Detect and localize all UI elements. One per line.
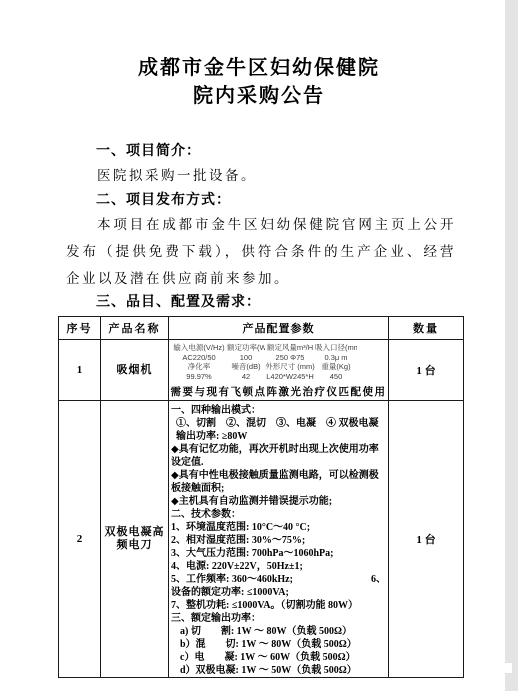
grid-cell: L420*W245*H [265,372,315,382]
section2-heading: 二、项目发布方式： [96,191,518,211]
page-title: 成都市金牛区妇幼保健院 院内采购公告 [0,0,518,110]
title-line-1: 成都市金牛区妇幼保健院 [0,54,518,82]
spec-line: ◆具有中性电极接触质量监测电路，可以检测极板接触面积; [171,469,386,495]
grid-cell: 噪音(dB) [227,362,265,372]
row2-no: 2 [59,401,101,678]
row1-product-name: 吸烟机 [101,340,169,401]
header-spec: 产品配置参数 [169,317,389,340]
table-row-2: 2 双极电凝高频电刀 一、四种输出模式： ①、切割 ②、混切 ③、电凝 ④ 双极… [59,401,464,678]
row1-quantity: 1 台 [389,340,464,401]
grid-cell: 250 Φ75 [265,353,315,363]
grid-cell: 42 [227,372,265,382]
header-qty: 数量 [389,317,464,340]
row2-quantity: 1 台 [389,401,464,678]
spec-line: 5、工作频率: 360～460kHz; 6、 [171,573,386,586]
spec-line: b）混 切: 1W ～ 80W（负载 500Ω） [171,638,386,651]
grid-cell: 0.3μ m [315,353,357,363]
section1-body: 医院拟采购一批设备。 [66,162,456,189]
section1-heading: 一、项目简介： [96,142,518,162]
spec-line: 2、相对湿度范围: 30%～75%; [171,534,386,547]
table-header-row: 序号 产品名称 产品配置参数 数量 [59,317,464,340]
spec-line: 设备的额定功率: ≤1000VA; [171,586,386,599]
spec-line: 输出功率: ≥80W [171,430,386,443]
grid-cell: 外形尺寸 (mm) [265,362,315,372]
table-row-1: 1 吸烟机 输入电源(V/Hz) 额定功率(W) 额定风量m³/H 吸入口径(m… [59,340,464,401]
section3-heading: 三、品目、配置及需求： [96,294,518,312]
spec-line: d）双极电凝: 1W ～ 50W（负载 500Ω） [171,664,386,677]
grid-cell: 输入电源(V/Hz) [171,343,227,353]
spec-line: 三、额定输出功率： [171,612,386,625]
header-no: 序号 [59,317,101,340]
spec-line: 一、四种输出模式： [171,404,386,417]
header-name: 产品名称 [101,317,169,340]
row1-note: 需要与现有飞顿点阵激光治疗仪匹配使用 [169,385,388,400]
spec-line: a) 切 割: 1W ～ 80W（负载 500Ω） [171,625,386,638]
spec-line-left: 5、工作频率: 360～460kHz; [171,573,293,586]
grid-cell: AC220/50 [171,353,227,363]
row1-spec-cell: 输入电源(V/Hz) 额定功率(W) 额定风量m³/H 吸入口径(mm) AC2… [169,340,389,401]
grid-cell: 100 [227,353,265,363]
row2-spec-cell: 一、四种输出模式： ①、切割 ②、混切 ③、电凝 ④ 双极电凝 输出功率: ≥8… [169,401,389,678]
spec-line-right: 6、 [371,573,386,586]
spec-line: ◆具有记忆功能，再次开机时出现上次使用功率设定值. [171,443,386,469]
document-page: 成都市金牛区妇幼保健院 院内采购公告 一、项目简介： 医院拟采购一批设备。 二、… [0,0,518,691]
spec-line: 4、电源: 220V±22V，50Hz±1; [171,560,386,573]
spec-line: 1、环境温度范围: 10°C～40 °C; [171,521,386,534]
spec-line: 二、技术参数： [171,508,386,521]
row2-spec-lines: 一、四种输出模式： ①、切割 ②、混切 ③、电凝 ④ 双极电凝 输出功率: ≥8… [169,402,388,677]
row2-product-name: 双极电凝高频电刀 [101,401,169,678]
grid-cell: 额定风量m³/H [265,343,315,353]
grid-cell: 450 [315,372,357,382]
grid-cell: 吸入口径(mm) [315,343,357,353]
section2-body: 本项目在成都市金牛区妇幼保健院官网主页上公开发布（提供免费下载），供符合条件的生… [66,211,456,292]
grid-cell: 额定功率(W) [227,343,265,353]
grid-cell: 净化率 [171,362,227,372]
grid-cell: 重量(Kg) [315,362,357,372]
scrollbar-track[interactable] [505,0,518,691]
spec-line: 3、大气压力范围: 700hPa～1060hPa; [171,547,386,560]
row1-spec-grid: 输入电源(V/Hz) 额定功率(W) 额定风量m³/H 吸入口径(mm) AC2… [171,343,388,381]
spec-line: ◆主机具有自动监测并错误提示功能; [171,495,386,508]
requirements-table: 序号 产品名称 产品配置参数 数量 1 吸烟机 输入电源(V/Hz) 额定功率(… [58,316,464,678]
spec-line: 7、整机功耗: ≤1000VA。（切割功能 80W） [171,599,386,612]
title-line-2: 院内采购公告 [0,82,518,110]
spec-line: ①、切割 ②、混切 ③、电凝 ④ 双极电凝 [171,417,386,430]
scrollbar-notch [505,663,512,673]
grid-cell: 99.97% [171,372,227,382]
spec-line: c）电 凝: 1W ～ 60W（负载 500Ω） [171,651,386,664]
row1-no: 1 [59,340,101,401]
